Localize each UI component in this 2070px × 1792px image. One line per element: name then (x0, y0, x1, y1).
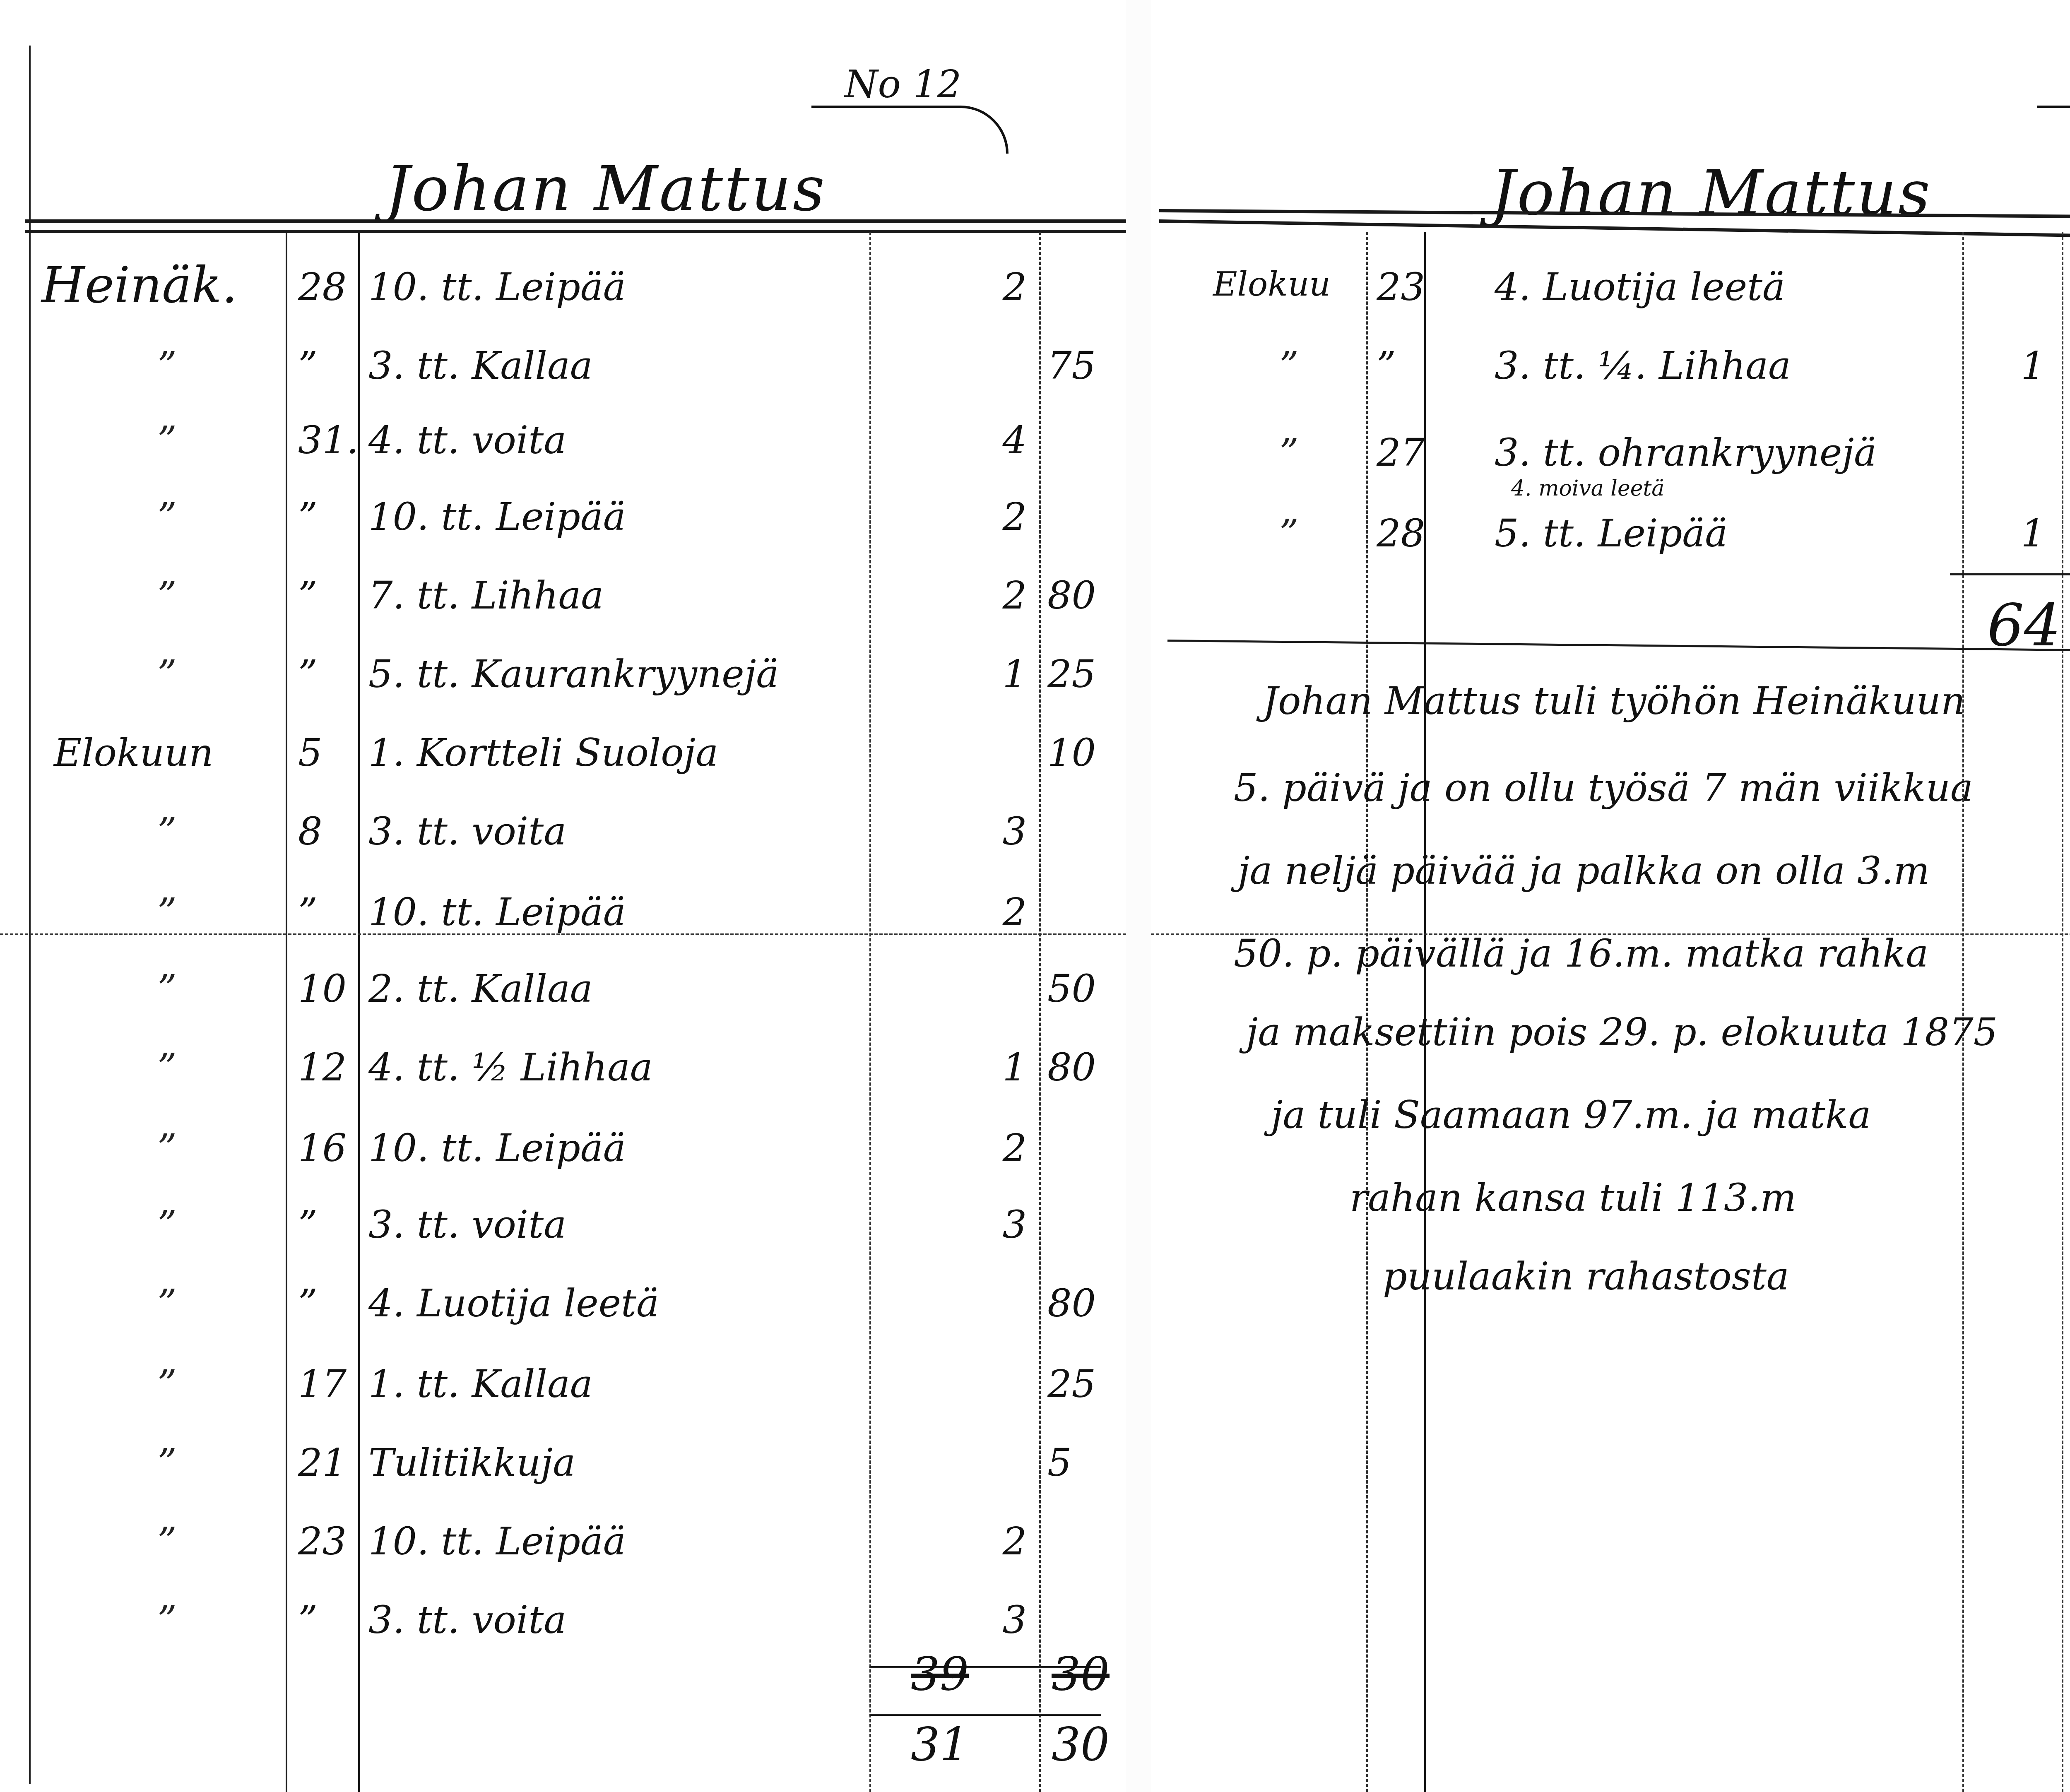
row-day: ” (298, 1203, 318, 1247)
left-total-rule-bottom (869, 1714, 1101, 1716)
ledger-row: ””3. tt. voita3 (0, 1203, 1126, 1277)
row-month: ” (157, 1281, 177, 1325)
ledger-row: ””7. tt. Lihhaa280 (0, 573, 1126, 648)
row-marks: 2 (944, 265, 1027, 309)
row-month: ” (157, 1441, 177, 1485)
left-total-pennies: 30 (1052, 1718, 1110, 1771)
row-month: ” (1279, 344, 1299, 388)
row-item: 3. tt. voita (368, 809, 566, 854)
ledger-row: ”273. tt. ohrankryynejä4. moiva leetä60 … (1151, 431, 2070, 505)
row-day: ” (298, 495, 318, 539)
left-header-rule-bottom (25, 230, 1134, 233)
row-marks: 2 (944, 1519, 1027, 1563)
row-item: 5. tt. Leipää (1495, 511, 1728, 556)
row-marks: 2 (944, 890, 1027, 934)
left-total-marks: 31 (911, 1718, 969, 1771)
ledger-row: ”2310. tt. Leipää2 (0, 1519, 1126, 1594)
row-item: 3. tt. ¼. Lihhaa (1495, 344, 1791, 388)
ledger-row: ”31.4. tt. voita4 (0, 418, 1126, 493)
ledger-row: ””5. tt. Kaurankryynejä125 (0, 652, 1126, 726)
book-binding (1126, 0, 1151, 1792)
row-item: 2. tt. Kallaa (368, 967, 593, 1011)
row-item: 4. tt. ½ Lihhaa (368, 1045, 653, 1090)
left-header-name: Johan Mattus (385, 153, 826, 225)
row-marks: 4 (944, 418, 1027, 462)
row-marks: 1 (944, 652, 1027, 696)
row-day: 23 (1377, 265, 1425, 309)
row-marks: 2 (944, 495, 1027, 539)
row-month: Elokuu (1213, 265, 1331, 303)
row-pennies: 25 (1047, 652, 1096, 696)
ledger-row: ””10. tt. Leipää2 (0, 495, 1126, 569)
right-page-number-flourish (2037, 106, 2070, 137)
row-item: 3. tt. ohrankryynejä (1495, 431, 1877, 475)
row-month: ” (157, 344, 177, 388)
row-item: Tulitikkuja (368, 1441, 575, 1485)
row-day: ” (298, 652, 318, 696)
row-marks: 1 (1954, 344, 2045, 388)
row-day: ” (298, 890, 318, 934)
ledger-row: ””4. Luotija leetä80 (0, 1281, 1126, 1356)
row-marks: 2 (944, 573, 1027, 618)
ledger-row: Heinäk.2810. tt. Leipää2 (0, 265, 1126, 339)
row-item: 10. tt. Leipää (368, 265, 626, 309)
note-line: 5. päivä ja on ollu työsä 7 män viikkua (1234, 766, 1973, 810)
note-line: puulaakin rahastosta (1383, 1254, 1789, 1299)
row-marks: 3 (944, 1203, 1027, 1247)
row-day: ” (298, 1598, 318, 1642)
row-day: 28 (298, 265, 347, 309)
right-ledger-page: No 12 Johan Mattus Elokuu234. Luotija le… (1151, 0, 2070, 1792)
ledger-row: ””3. tt. ¼. Lihhaa130 (1151, 344, 2070, 418)
row-marks: 1 (1954, 511, 2045, 556)
row-item: 10. tt. Leipää (368, 890, 626, 934)
row-month: ” (157, 1045, 177, 1090)
row-day: 5 (298, 731, 323, 775)
row-day: 28 (1377, 511, 1425, 556)
row-day: 16 (298, 1126, 347, 1170)
note-line: 50. p. päivällä ja 16.m. matka rahka (1234, 931, 1928, 976)
row-month: ” (157, 1203, 177, 1247)
row-item: 4. Luotija leetä (1495, 265, 1785, 309)
row-pennies: 80 (1047, 1281, 1096, 1325)
row-item: 7. tt. Lihhaa (368, 573, 604, 618)
ledger-row: ”102. tt. Kallaa50 (0, 967, 1126, 1041)
ledger-row: ”285. tt. Leipää1 (1151, 511, 2070, 586)
row-marks: 1 (944, 1045, 1027, 1090)
row-day: 23 (298, 1519, 347, 1563)
row-month: Heinäk. (41, 257, 238, 314)
row-month: ” (157, 1598, 177, 1642)
row-pennies: 10 (1047, 731, 1096, 775)
row-item: 10. tt. Leipää (368, 1126, 626, 1170)
row-day: 21 (298, 1441, 347, 1485)
row-item: 5. tt. Kaurankryynejä (368, 652, 779, 696)
row-month: ” (157, 809, 177, 854)
row-marks: 2 (944, 1126, 1027, 1170)
row-item: 4. tt. voita (368, 418, 566, 462)
row-day: 27 (1377, 431, 1425, 475)
row-month: ” (157, 1519, 177, 1563)
row-pennies: 25 (1047, 1362, 1096, 1406)
row-day: 10 (298, 967, 347, 1011)
row-day: 12 (298, 1045, 347, 1090)
note-line: ja tuli Saamaan 97.m. ja matka (1271, 1093, 1871, 1137)
row-pennies: 75 (1047, 344, 1096, 388)
row-month: ” (1279, 511, 1299, 556)
note-line: rahan kansa tuli 113.m (1350, 1176, 1796, 1220)
row-item: 10. tt. Leipää (368, 495, 626, 539)
row-pennies: 5 (1047, 1441, 1072, 1485)
row-item: 3. tt. voita (368, 1598, 566, 1642)
note-line: ja maksettiin pois 29. p. elokuuta 1875 (1246, 1010, 1998, 1054)
left-header-rule-top (25, 219, 1134, 223)
left-page-number-flourish (811, 106, 1009, 154)
row-month: ” (157, 1126, 177, 1170)
left-struck-total-marks: 39 (911, 1648, 969, 1701)
row-month: ” (157, 967, 177, 1011)
row-day: ” (298, 573, 318, 618)
row-month: ” (157, 890, 177, 934)
row-item: 1. Kortteli Suoloja (368, 731, 718, 775)
row-item: 10. tt. Leipää (368, 1519, 626, 1563)
row-pennies: 80 (1047, 1045, 1096, 1090)
row-day: 8 (298, 809, 323, 854)
ledger-row: Elokuu234. Luotija leetä80 (1151, 265, 2070, 339)
row-item: 3. tt. Kallaa (368, 344, 593, 388)
row-month: ” (157, 495, 177, 539)
row-item: 1. tt. Kallaa (368, 1362, 593, 1406)
note-line: ja neljä päivää ja palkka on olla 3.m (1238, 849, 1930, 893)
left-page-number: No 12 (845, 62, 961, 106)
row-month: ” (157, 418, 177, 462)
row-month: Elokuun (54, 731, 213, 775)
row-day: 17 (298, 1362, 347, 1406)
ledger-row: ”1610. tt. Leipää2 (0, 1126, 1126, 1200)
row-item: 3. tt. voita (368, 1203, 566, 1247)
ledger-row: ”83. tt. voita3 (0, 809, 1126, 884)
row-sub-note: 4. moiva leetä (1511, 476, 1664, 501)
left-ledger-page: No 12 Johan Mattus Heinäk.2810. tt. Leip… (0, 0, 1143, 1792)
right-total-rule-top (1950, 573, 2070, 575)
right-header-name: Johan Mattus (1490, 157, 1932, 229)
row-day: 31. (298, 418, 359, 462)
row-pennies: 80 (1047, 573, 1096, 618)
ledger-row: Elokuun51. Kortteli Suoloja10 (0, 731, 1126, 805)
note-line: Johan Mattus tuli työhön Heinäkuun (1263, 679, 1965, 723)
row-day: ” (298, 1281, 318, 1325)
ledger-row: ””10. tt. Leipää2 (0, 890, 1126, 965)
row-month: ” (1279, 431, 1299, 475)
row-day: ” (298, 344, 318, 388)
right-total-rule-bottom (1167, 640, 2070, 653)
ledger-row: ”171. tt. Kallaa25 (0, 1362, 1126, 1436)
row-item: 4. Luotija leetä (368, 1281, 659, 1325)
ledger-row: ””3. tt. Kallaa75 (0, 344, 1126, 418)
row-month: ” (157, 573, 177, 618)
row-month: ” (157, 652, 177, 696)
left-struck-total-pennies: 30 (1052, 1648, 1110, 1701)
row-month: ” (157, 1362, 177, 1406)
row-marks: 3 (944, 809, 1027, 854)
row-pennies: 50 (1047, 967, 1096, 1011)
row-marks: 3 (944, 1598, 1027, 1642)
row-day: ” (1377, 344, 1396, 388)
ledger-row: ”21Tulitikkuja5 (0, 1441, 1126, 1515)
ledger-row: ”124. tt. ½ Lihhaa180 (0, 1045, 1126, 1120)
